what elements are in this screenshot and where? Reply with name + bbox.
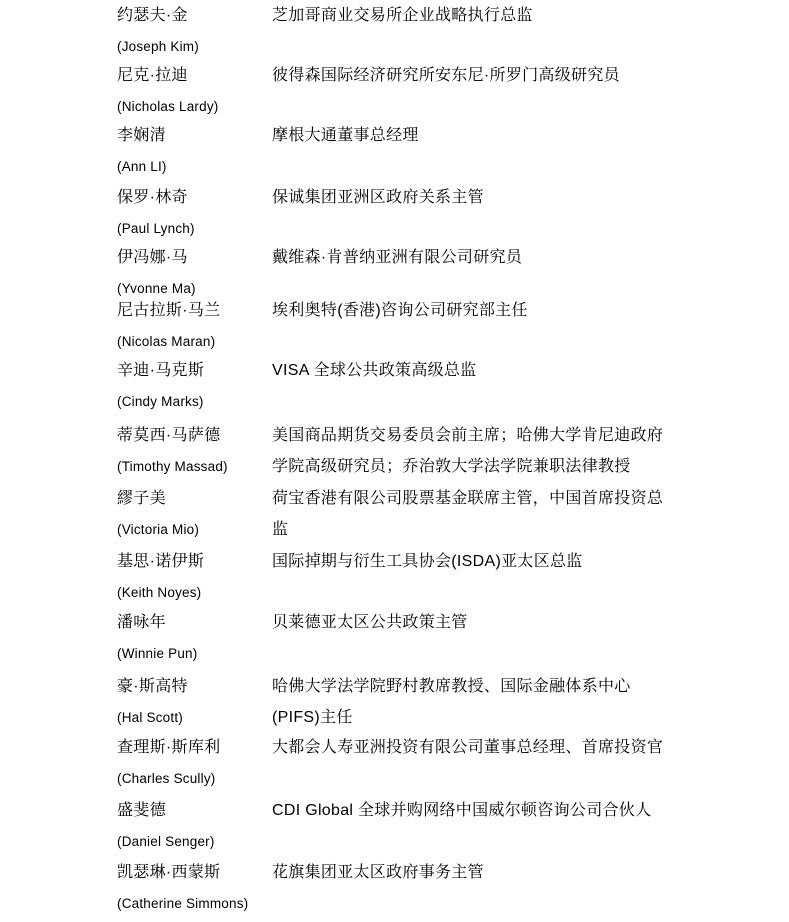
speaker-title-line: 戴维森·肯普纳亚洲有限公司研究员 — [272, 242, 772, 273]
speaker-name-chinese: 豪·斯高特 — [117, 671, 188, 702]
roster-entry: 辛迪·马克斯 (Cindy Marks) VISA 全球公共政策高级总监 — [0, 355, 789, 417]
speaker-title-cell: 国际掉期与衍生工具协会(ISDA)亚太区总监 — [272, 546, 772, 577]
speaker-title-line: 荷宝香港有限公司股票基金联席主管，中国首席投资总 — [272, 483, 772, 514]
roster-entry: 豪·斯高特 (Hal Scott) 哈佛大学法学院野村教席教授、国际金融体系中心… — [0, 671, 789, 733]
speaker-title-cell: CDI Global 全球并购网络中国威尔顿咨询公司合伙人 — [272, 795, 772, 826]
speaker-name-cell: 辛迪·马克斯 (Cindy Marks) — [117, 355, 204, 417]
speaker-title-line: 国际掉期与衍生工具协会(ISDA)亚太区总监 — [272, 546, 772, 577]
speaker-title-line: 花旗集团亚太区政府事务主管 — [272, 857, 772, 888]
speaker-name-english: (Nicholas Lardy) — [117, 91, 218, 122]
speaker-name-english: (Ann LI) — [117, 151, 167, 182]
speaker-name-cell: 繆子美 (Victoria Mio) — [117, 483, 199, 545]
speaker-name-chinese: 尼克·拉迪 — [117, 60, 218, 91]
speaker-title-line: 学院高级研究员；乔治敦大学法学院兼职法律教授 — [272, 451, 772, 482]
roster-entry: 尼克·拉迪 (Nicholas Lardy) 彼得森国际经济研究所安东尼·所罗门… — [0, 60, 789, 122]
speaker-name-cell: 基思·诺伊斯 (Keith Noyes) — [117, 546, 204, 608]
speaker-roster: 约瑟夫·金 (Joseph Kim) 芝加哥商业交易所企业战略执行总监 尼克·拉… — [0, 0, 789, 922]
roster-entry: 基思·诺伊斯 (Keith Noyes) 国际掉期与衍生工具协会(ISDA)亚太… — [0, 546, 789, 608]
speaker-name-english: (Daniel Senger) — [117, 826, 215, 857]
speaker-title-cell: 芝加哥商业交易所企业战略执行总监 — [272, 0, 772, 31]
speaker-title-cell: 埃利奥特(香港)咨询公司研究部主任 — [272, 295, 772, 326]
roster-entry: 保罗·林奇 (Paul Lynch) 保诚集团亚洲区政府关系主管 — [0, 182, 789, 244]
roster-entry: 尼古拉斯·马兰 (Nicolas Maran) 埃利奥特(香港)咨询公司研究部主… — [0, 295, 789, 357]
speaker-name-cell: 查理斯·斯库利 (Charles Scully) — [117, 732, 220, 794]
speaker-name-cell: 蒂莫西·马萨德 (Timothy Massad) — [117, 420, 228, 482]
speaker-name-chinese: 基思·诺伊斯 — [117, 546, 204, 577]
speaker-name-cell: 尼克·拉迪 (Nicholas Lardy) — [117, 60, 218, 122]
speaker-title-line: 美国商品期货交易委员会前主席；哈佛大学肯尼迪政府 — [272, 420, 772, 451]
speaker-name-chinese: 查理斯·斯库利 — [117, 732, 220, 763]
speaker-title-cell: 贝莱德亚太区公共政策主管 — [272, 607, 772, 638]
roster-entry: 查理斯·斯库利 (Charles Scully) 大都会人寿亚洲投资有限公司董事… — [0, 732, 789, 794]
speaker-title-line: VISA 全球公共政策高级总监 — [272, 355, 772, 386]
speaker-name-cell: 尼古拉斯·马兰 (Nicolas Maran) — [117, 295, 220, 357]
roster-entry: 约瑟夫·金 (Joseph Kim) 芝加哥商业交易所企业战略执行总监 — [0, 0, 789, 62]
speaker-name-cell: 盛斐德 (Daniel Senger) — [117, 795, 215, 857]
speaker-name-cell: 潘咏年 (Winnie Pun) — [117, 607, 197, 669]
speaker-title-cell: 花旗集团亚太区政府事务主管 — [272, 857, 772, 888]
speaker-name-english: (Hal Scott) — [117, 702, 188, 733]
speaker-title-cell: VISA 全球公共政策高级总监 — [272, 355, 772, 386]
roster-entry: 蒂莫西·马萨德 (Timothy Massad) 美国商品期货交易委员会前主席；… — [0, 420, 789, 482]
speaker-title-cell: 哈佛大学法学院野村教席教授、国际金融体系中心(PIFS)主任 — [272, 671, 772, 733]
speaker-title-line: 彼得森国际经济研究所安东尼·所罗门高级研究员 — [272, 60, 772, 91]
speaker-name-english: (Timothy Massad) — [117, 451, 228, 482]
roster-entry: 凯瑟琳·西蒙斯 (Catherine Simmons) 花旗集团亚太区政府事务主… — [0, 857, 789, 919]
speaker-title-line: (PIFS)主任 — [272, 702, 772, 733]
roster-entry: 盛斐德 (Daniel Senger) CDI Global 全球并购网络中国威… — [0, 795, 789, 857]
speaker-name-english: (Catherine Simmons) — [117, 888, 248, 919]
speaker-name-english: (Nicolas Maran) — [117, 326, 220, 357]
speaker-name-chinese: 繆子美 — [117, 483, 199, 514]
speaker-title-line: CDI Global 全球并购网络中国威尔顿咨询公司合伙人 — [272, 795, 772, 826]
speaker-name-chinese: 约瑟夫·金 — [117, 0, 199, 31]
speaker-name-chinese: 尼古拉斯·马兰 — [117, 295, 220, 326]
speaker-title-cell: 保诚集团亚洲区政府关系主管 — [272, 182, 772, 213]
speaker-name-chinese: 保罗·林奇 — [117, 182, 195, 213]
speaker-name-chinese: 李娴清 — [117, 120, 167, 151]
speaker-title-cell: 戴维森·肯普纳亚洲有限公司研究员 — [272, 242, 772, 273]
speaker-name-chinese: 辛迪·马克斯 — [117, 355, 204, 386]
speaker-name-cell: 豪·斯高特 (Hal Scott) — [117, 671, 188, 733]
speaker-name-english: (Winnie Pun) — [117, 638, 197, 669]
speaker-name-cell: 约瑟夫·金 (Joseph Kim) — [117, 0, 199, 62]
roster-entry: 繆子美 (Victoria Mio) 荷宝香港有限公司股票基金联席主管，中国首席… — [0, 483, 789, 545]
speaker-title-line: 芝加哥商业交易所企业战略执行总监 — [272, 0, 772, 31]
speaker-title-line: 大都会人寿亚洲投资有限公司董事总经理、首席投资官 — [272, 732, 772, 763]
speaker-name-english: (Cindy Marks) — [117, 386, 204, 417]
speaker-name-english: (Keith Noyes) — [117, 577, 204, 608]
speaker-name-cell: 李娴清 (Ann LI) — [117, 120, 167, 182]
speaker-title-line: 贝莱德亚太区公共政策主管 — [272, 607, 772, 638]
speaker-name-english: (Victoria Mio) — [117, 514, 199, 545]
speaker-title-cell: 荷宝香港有限公司股票基金联席主管，中国首席投资总监 — [272, 483, 772, 545]
speaker-title-line: 监 — [272, 514, 772, 545]
speaker-title-cell: 彼得森国际经济研究所安东尼·所罗门高级研究员 — [272, 60, 772, 91]
speaker-name-chinese: 潘咏年 — [117, 607, 197, 638]
speaker-title-line: 摩根大通董事总经理 — [272, 120, 772, 151]
speaker-name-chinese: 盛斐德 — [117, 795, 215, 826]
speaker-title-line: 保诚集团亚洲区政府关系主管 — [272, 182, 772, 213]
speaker-title-cell: 大都会人寿亚洲投资有限公司董事总经理、首席投资官 — [272, 732, 772, 763]
speaker-name-english: (Joseph Kim) — [117, 31, 199, 62]
speaker-title-line: 埃利奥特(香港)咨询公司研究部主任 — [272, 295, 772, 326]
speaker-name-chinese: 伊冯娜·马 — [117, 242, 196, 273]
speaker-name-chinese: 蒂莫西·马萨德 — [117, 420, 228, 451]
speaker-name-chinese: 凯瑟琳·西蒙斯 — [117, 857, 248, 888]
roster-entry: 潘咏年 (Winnie Pun) 贝莱德亚太区公共政策主管 — [0, 607, 789, 669]
speaker-name-cell: 保罗·林奇 (Paul Lynch) — [117, 182, 195, 244]
speaker-title-cell: 摩根大通董事总经理 — [272, 120, 772, 151]
speaker-title-cell: 美国商品期货交易委员会前主席；哈佛大学肯尼迪政府学院高级研究员；乔治敦大学法学院… — [272, 420, 772, 482]
speaker-name-english: (Paul Lynch) — [117, 213, 195, 244]
document-page: 约瑟夫·金 (Joseph Kim) 芝加哥商业交易所企业战略执行总监 尼克·拉… — [0, 0, 789, 922]
speaker-title-line: 哈佛大学法学院野村教席教授、国际金融体系中心 — [272, 671, 772, 702]
speaker-name-cell: 凯瑟琳·西蒙斯 (Catherine Simmons) — [117, 857, 248, 919]
roster-entry: 李娴清 (Ann LI) 摩根大通董事总经理 — [0, 120, 789, 182]
speaker-name-english: (Charles Scully) — [117, 763, 220, 794]
